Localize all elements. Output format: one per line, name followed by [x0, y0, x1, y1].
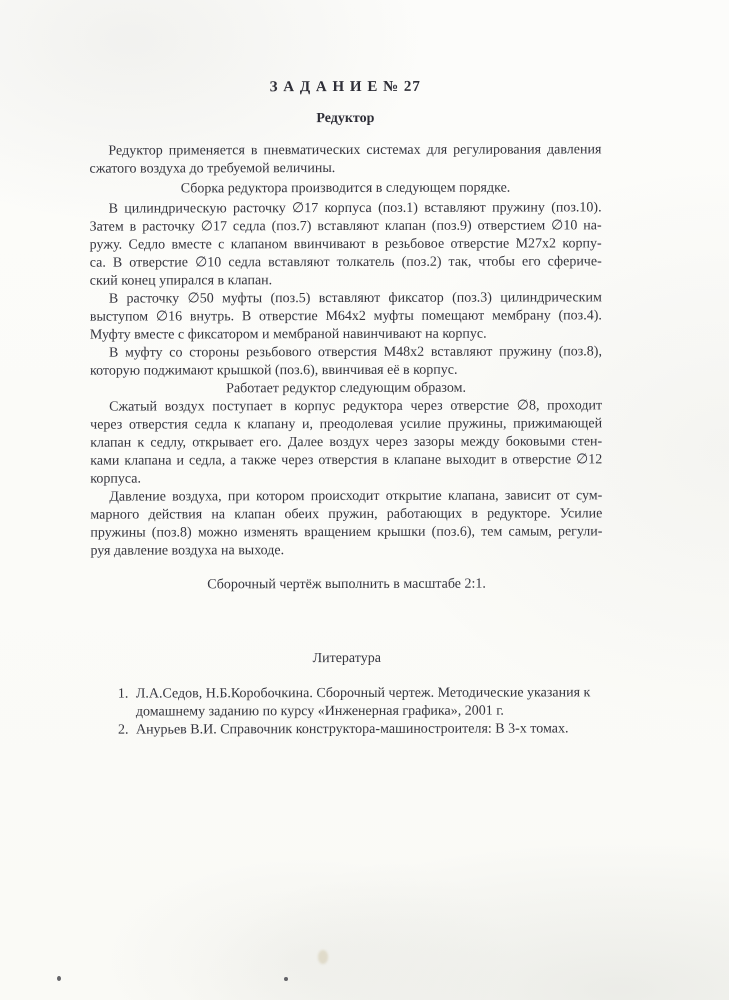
- text-line: ружу. Седло вместе с клапаном ввинчивают…: [90, 235, 602, 254]
- scan-artifact-dot: [57, 976, 61, 981]
- scanned-document-page: З А Д А Н И Е № 27 Редуктор Редуктор при…: [0, 0, 729, 1000]
- text-line: Сжатый воздух поступает в корпус редукто…: [90, 397, 602, 416]
- text-line: В муфту со стороны резьбового отверстия …: [90, 343, 602, 362]
- text-line: Сборка редуктора производится в следующе…: [90, 179, 602, 198]
- text-line: В цилиндрическую расточку ∅17 корпуса (п…: [90, 199, 602, 218]
- text-line: руя давление воздуха на выходе.: [90, 541, 602, 560]
- text-line: ками клапана и седла, а также через отве…: [90, 451, 602, 470]
- drawing-scale-note: Сборочный чертёж выполнить в масштабе 2:…: [91, 575, 603, 594]
- literature-list: 1. Л.А.Седов, Н.Б.Коробочкина. Сборочный…: [118, 684, 603, 739]
- list-item-text: Л.А.Седов, Н.Б.Коробочкина. Сборочный че…: [136, 684, 603, 721]
- text-line: Анурьев В.И. Справочник конструктора-маш…: [136, 720, 603, 739]
- text-line: которую поджимают крышкой (поз.6), ввинч…: [90, 361, 602, 380]
- scan-artifact-dot: [284, 977, 288, 981]
- text-line: пружины (поз.8) можно изменять вращением…: [90, 523, 602, 542]
- literature-heading: Литература: [91, 649, 603, 668]
- literature-item: 1. Л.А.Седов, Н.Б.Коробочкина. Сборочный…: [118, 684, 603, 721]
- assembly-step-paragraph-3: В муфту со стороны резьбового отверстия …: [90, 343, 602, 380]
- text-line: Работает редуктор следующим образом.: [90, 379, 602, 398]
- text-line: Муфту вместе с фиксатором и мембраной на…: [90, 325, 602, 344]
- text-line: Затем в расточку ∅17 седла (поз.7) встав…: [90, 217, 602, 236]
- text-line: ский конец упирался в клапан.: [90, 271, 602, 290]
- text-line: Давление воздуха, при котором происходит…: [90, 487, 602, 506]
- list-item-number: 1.: [118, 686, 136, 704]
- list-item-number: 2.: [118, 722, 136, 740]
- text-line: корпуса.: [90, 469, 602, 488]
- scan-artifact-smudge: [318, 950, 328, 964]
- operation-paragraph: Сжатый воздух поступает в корпус редукто…: [90, 397, 602, 488]
- assembly-step-paragraph-2: В расточку ∅50 муфты (поз.5) вставляют ф…: [90, 289, 602, 344]
- text-line: сжатого воздуха до требуемой величины.: [89, 159, 601, 178]
- list-item-text: Анурьев В.И. Справочник конструктора-маш…: [136, 720, 603, 739]
- text-line: Сборочный чертёж выполнить в масштабе 2:…: [91, 575, 603, 594]
- text-line: В расточку ∅50 муфты (поз.5) вставляют ф…: [90, 289, 602, 308]
- text-line: Л.А.Седов, Н.Б.Коробочкина. Сборочный че…: [136, 684, 603, 703]
- literature-item: 2. Анурьев В.И. Справочник конструктора-…: [118, 720, 603, 739]
- operation-heading: Работает редуктор следующим образом.: [90, 379, 602, 398]
- text-line: через отверстия седла к клапану и, преод…: [90, 415, 602, 434]
- text-line: домашнему заданию по курсу «Инженерная г…: [136, 702, 603, 721]
- document-subject-heading: Редуктор: [89, 109, 601, 128]
- assembly-step-paragraph-1: В цилиндрическую расточку ∅17 корпуса (п…: [90, 199, 602, 290]
- task-title: З А Д А Н И Е № 27: [89, 77, 601, 96]
- document-content: З А Д А Н И Е № 27 Редуктор Редуктор при…: [89, 0, 603, 740]
- assembly-procedure-heading: Сборка редуктора производится в следующе…: [90, 179, 602, 198]
- text-line: выступом ∅16 внутрь. В отверстие М64х2 м…: [90, 307, 602, 326]
- intro-paragraph: Редуктор применяется в пневматических си…: [89, 141, 601, 178]
- text-line: Редуктор применяется в пневматических си…: [89, 141, 601, 160]
- pressure-adjustment-paragraph: Давление воздуха, при котором происходит…: [90, 487, 602, 560]
- text-line: клапан к седлу, открывает его. Далее воз…: [90, 433, 602, 452]
- text-line: са. В отверстие ∅10 седла вставляют толк…: [90, 253, 602, 272]
- text-line: марного действия на клапан обеих пружин,…: [90, 505, 602, 524]
